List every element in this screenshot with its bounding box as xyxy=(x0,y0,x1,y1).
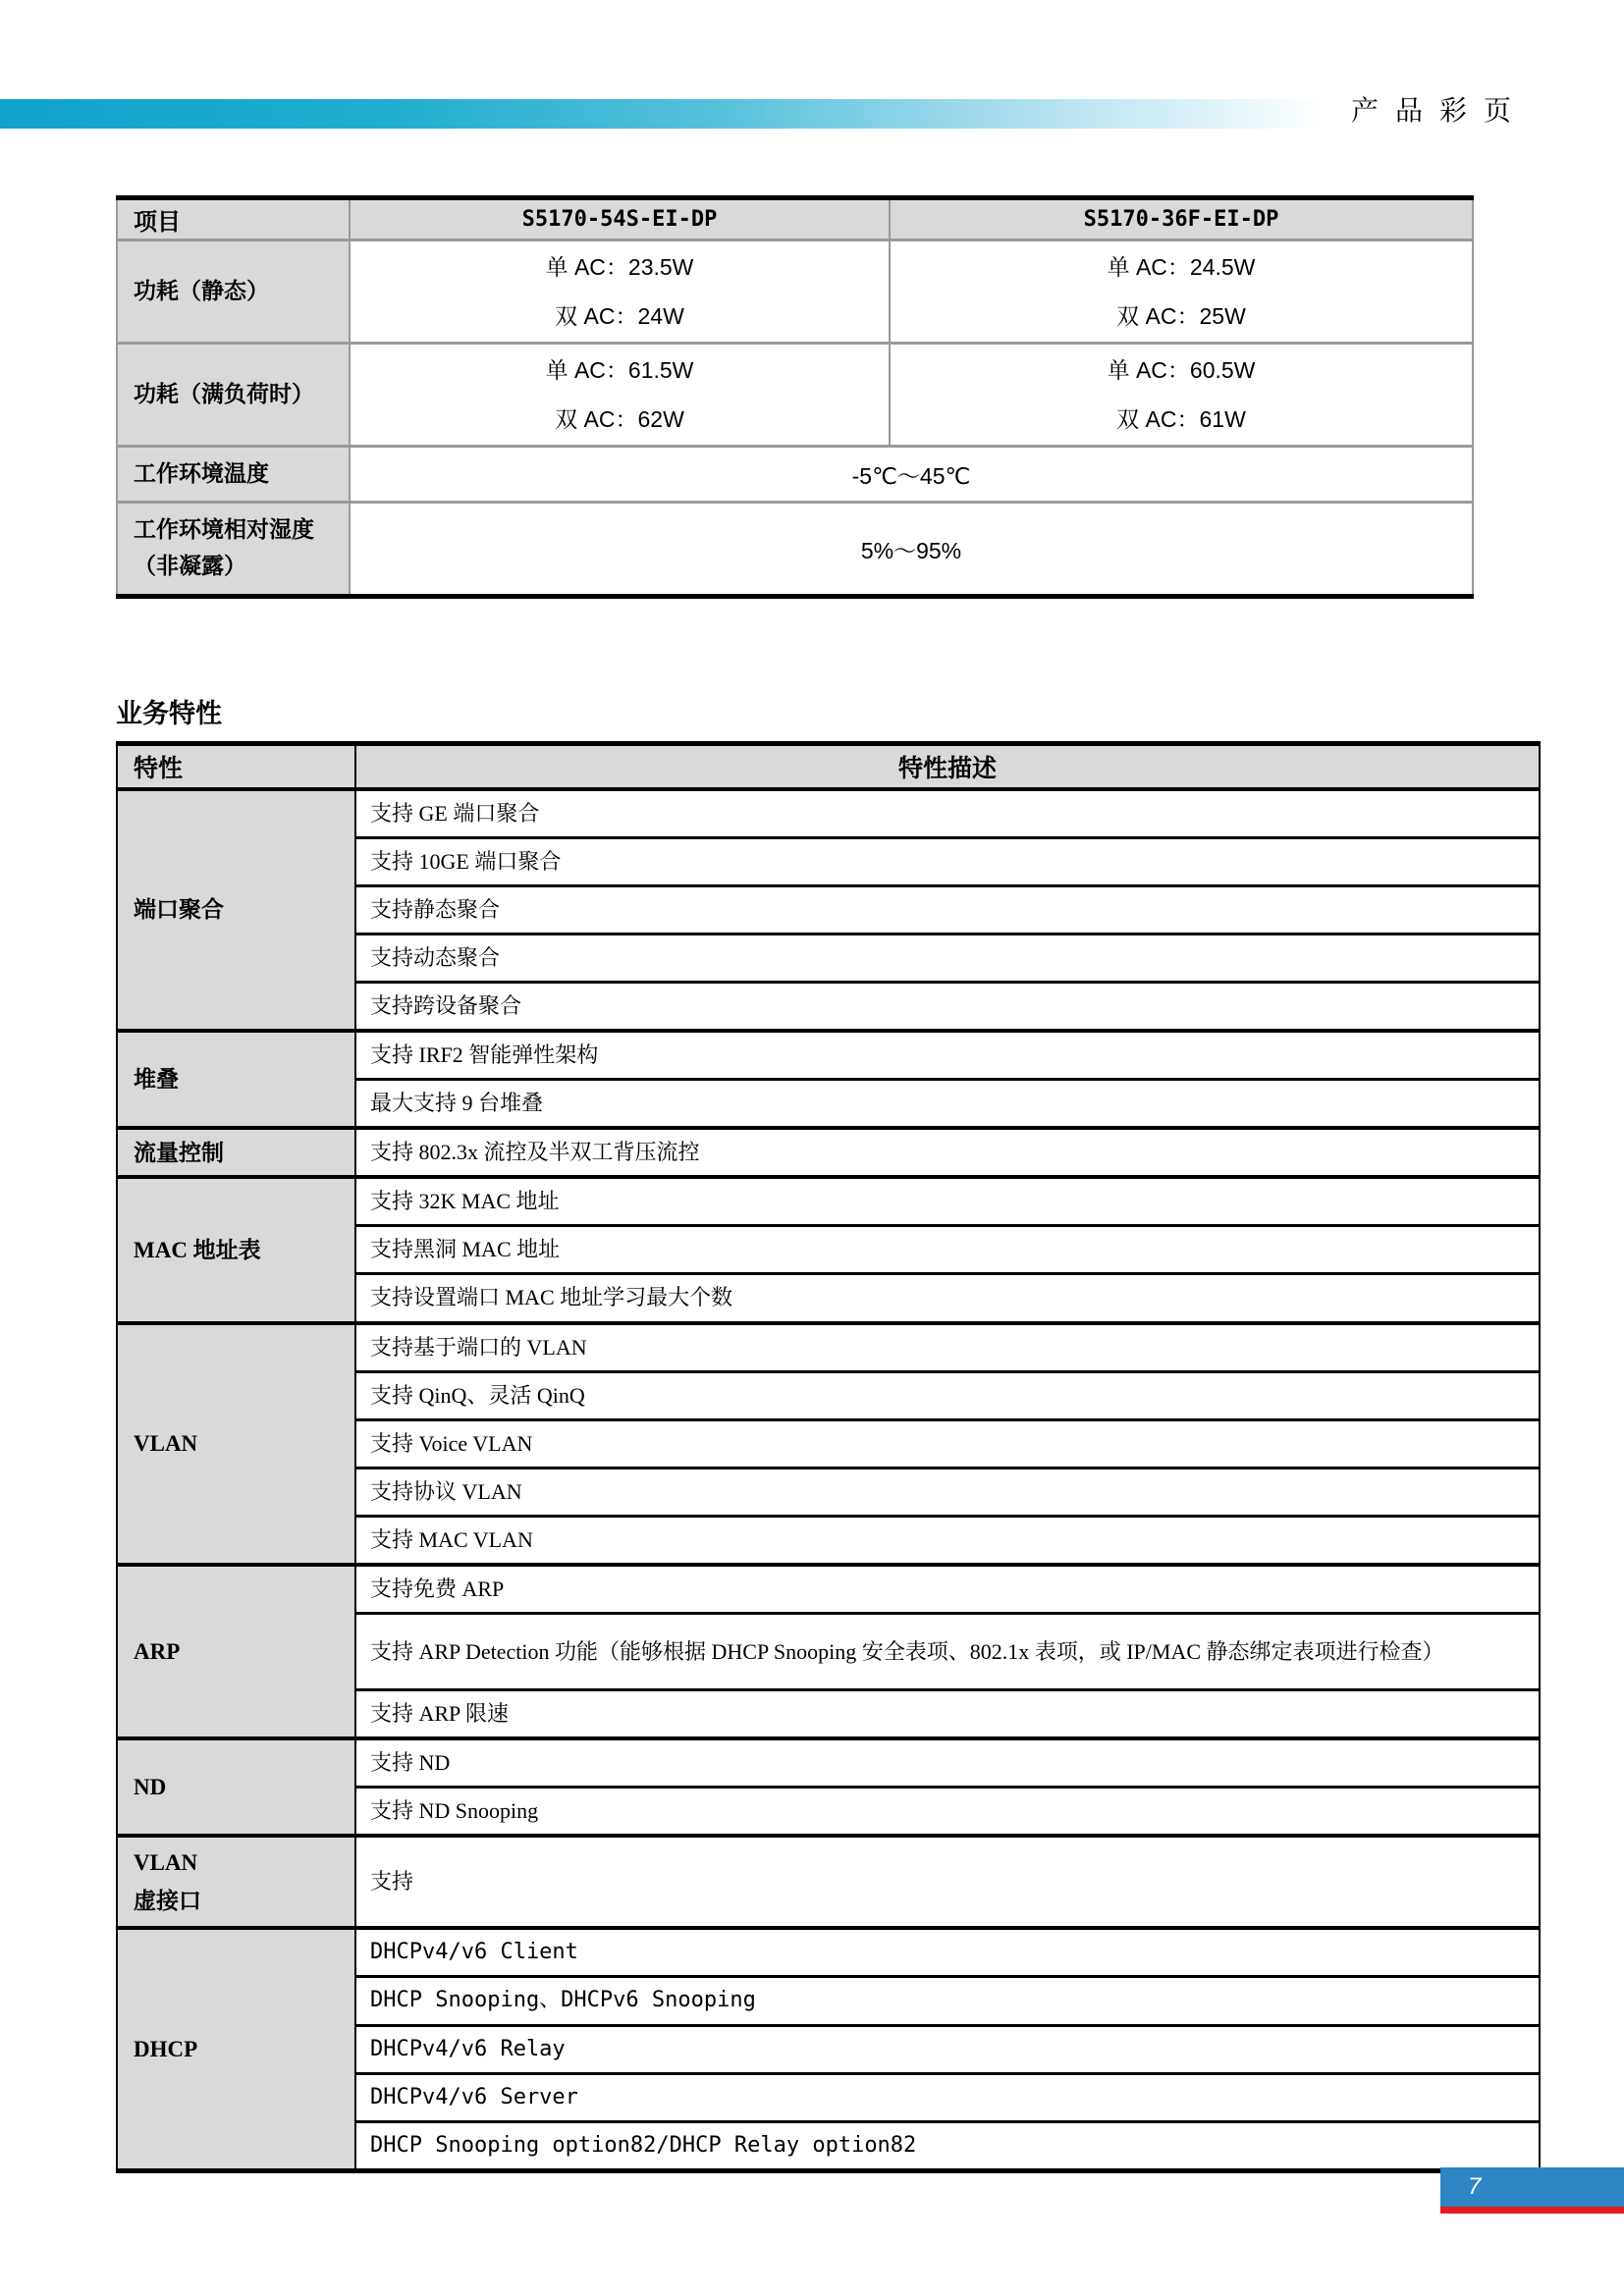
spec-row-power-static: 功耗（静态） 单 AC：23.5W 双 AC：24W 单 AC：24.5W 双 … xyxy=(117,240,1473,344)
description-cell: 支持免费 ARP xyxy=(355,1565,1540,1614)
feature-cell: ND xyxy=(117,1738,355,1836)
document-page: 产品彩页 项目 S5170-54S-EI-DP S5170-36F-EI-DP … xyxy=(0,0,1624,2296)
description-cell: DHCP Snooping option82/DHCP Relay option… xyxy=(355,2121,1540,2170)
feature-row: 堆叠 支持 IRF2 智能弹性架构 xyxy=(117,1031,1540,1080)
feature-row: VLAN 虚接口 支持 xyxy=(117,1836,1540,1928)
description-cell: 最大支持 9 台堆叠 xyxy=(355,1080,1540,1129)
spec-value-line: 单 AC：24.5W xyxy=(892,242,1471,292)
description-cell: 支持 IRF2 智能弹性架构 xyxy=(355,1031,1540,1080)
spec-value-line: 双 AC：24W xyxy=(352,292,888,341)
description-cell: 支持 MAC VLAN xyxy=(355,1516,1540,1565)
spec-header-row: 项目 S5170-54S-EI-DP S5170-36F-EI-DP xyxy=(117,198,1473,240)
feature-cell: 堆叠 xyxy=(117,1031,355,1128)
page-number-box: 7 xyxy=(1440,2167,1624,2207)
description-cell: 支持跨设备聚合 xyxy=(355,982,1540,1031)
spec-value-cell: 单 AC：24.5W 双 AC：25W xyxy=(890,240,1473,344)
feature-cell-line: VLAN xyxy=(134,1843,353,1882)
description-cell: 支持静态聚合 xyxy=(355,885,1540,934)
feature-cell: ARP xyxy=(117,1565,355,1738)
spec-value-line: 单 AC：60.5W xyxy=(892,346,1471,395)
description-cell: 支持 ARP 限速 xyxy=(355,1690,1540,1739)
features-col-description: 特性描述 xyxy=(355,744,1540,789)
spec-value-cell: 单 AC：61.5W 双 AC：62W xyxy=(350,344,890,447)
feature-cell: 端口聚合 xyxy=(117,789,355,1031)
description-cell: 支持 xyxy=(355,1836,1540,1928)
spec-row-label: 功耗（满负荷时） xyxy=(117,344,350,447)
features-table: 特性 特性描述 端口聚合 支持 GE 端口聚合 支持 10GE 端口聚合 支持静… xyxy=(116,741,1541,2173)
feature-row: ND 支持 ND xyxy=(117,1738,1540,1788)
feature-row: VLAN 支持基于端口的 VLAN xyxy=(117,1323,1540,1372)
description-cell: DHCPv4/v6 Server xyxy=(355,2073,1540,2121)
spec-value-line: 双 AC：25W xyxy=(892,292,1471,341)
spec-merged-value-cell: -5℃～45℃ xyxy=(350,447,1473,503)
spec-row-humidity: 工作环境相对湿度 （非凝露） 5%～95% xyxy=(117,503,1473,597)
description-cell: 支持基于端口的 VLAN xyxy=(355,1323,1540,1372)
feature-cell: VLAN xyxy=(117,1323,355,1565)
spec-value-cell: 单 AC：60.5W 双 AC：61W xyxy=(890,344,1473,447)
spec-col-model-1: S5170-54S-EI-DP xyxy=(350,198,890,240)
spec-value-line: 双 AC：61W xyxy=(892,395,1471,444)
spec-table: 项目 S5170-54S-EI-DP S5170-36F-EI-DP 功耗（静态… xyxy=(116,195,1474,599)
description-cell: 支持 10GE 端口聚合 xyxy=(355,837,1540,885)
features-header-row: 特性 特性描述 xyxy=(117,744,1540,789)
spec-col-item: 项目 xyxy=(117,198,350,240)
description-cell: 支持 802.3x 流控及半双工背压流控 xyxy=(355,1128,1540,1177)
spec-value-cell: 单 AC：23.5W 双 AC：24W xyxy=(350,240,890,344)
spec-value-line: 双 AC：62W xyxy=(352,395,888,444)
spec-row-label: 工作环境相对湿度 （非凝露） xyxy=(117,503,350,597)
spec-col-model-2: S5170-36F-EI-DP xyxy=(890,198,1473,240)
description-cell: 支持 GE 端口聚合 xyxy=(355,789,1540,838)
spec-value-line: 单 AC：23.5W xyxy=(352,242,888,292)
description-cell: DHCPv4/v6 Relay xyxy=(355,2025,1540,2073)
page-number-underline xyxy=(1440,2207,1624,2214)
header-gradient-bar xyxy=(0,99,1326,129)
spec-merged-value-cell: 5%～95% xyxy=(350,503,1473,597)
description-cell: 支持 ND Snooping xyxy=(355,1788,1540,1837)
description-cell: 支持 Voice VLAN xyxy=(355,1419,1540,1468)
spec-row-label-line: （非凝露） xyxy=(134,549,348,585)
feature-row: MAC 地址表 支持 32K MAC 地址 xyxy=(117,1177,1540,1226)
spec-value-line: 单 AC：61.5W xyxy=(352,346,888,395)
spec-row-temperature: 工作环境温度 -5℃～45℃ xyxy=(117,447,1473,503)
feature-cell: VLAN 虚接口 xyxy=(117,1836,355,1928)
spec-row-label-line: 工作环境相对湿度 xyxy=(134,512,348,549)
spec-row-label: 功耗（静态） xyxy=(117,240,350,344)
feature-row: 流量控制 支持 802.3x 流控及半双工背压流控 xyxy=(117,1128,1540,1177)
feature-cell: MAC 地址表 xyxy=(117,1177,355,1322)
description-cell: DHCP Snooping、DHCPv6 Snooping xyxy=(355,1977,1540,2025)
description-cell: 支持设置端口 MAC 地址学习最大个数 xyxy=(355,1274,1540,1323)
description-cell: 支持 32K MAC 地址 xyxy=(355,1177,1540,1226)
feature-cell-line: 虚接口 xyxy=(134,1882,353,1920)
description-cell: 支持 QinQ、灵活 QinQ xyxy=(355,1371,1540,1419)
feature-cell: 流量控制 xyxy=(117,1128,355,1177)
description-cell: 支持黑洞 MAC 地址 xyxy=(355,1226,1540,1274)
feature-row: ARP 支持免费 ARP xyxy=(117,1565,1540,1614)
page-number: 7 xyxy=(1440,2167,1624,2207)
feature-row: DHCP DHCPv4/v6 Client xyxy=(117,1928,1540,1977)
description-cell: 支持 ARP Detection 功能（能够根据 DHCP Snooping 安… xyxy=(355,1614,1540,1690)
description-cell: 支持动态聚合 xyxy=(355,934,1540,982)
feature-row: 端口聚合 支持 GE 端口聚合 xyxy=(117,789,1540,838)
spec-row-power-full-load: 功耗（满负荷时） 单 AC：61.5W 双 AC：62W 单 AC：60.5W … xyxy=(117,344,1473,447)
spec-row-label: 工作环境温度 xyxy=(117,447,350,503)
features-heading: 业务特性 xyxy=(116,692,222,730)
header-label: 产品彩页 xyxy=(1351,96,1528,126)
description-cell: DHCPv4/v6 Client xyxy=(355,1928,1540,1977)
features-col-feature: 特性 xyxy=(117,744,355,789)
feature-cell: DHCP xyxy=(117,1928,355,2170)
description-cell: 支持 ND xyxy=(355,1738,1540,1788)
description-cell: 支持协议 VLAN xyxy=(355,1468,1540,1516)
